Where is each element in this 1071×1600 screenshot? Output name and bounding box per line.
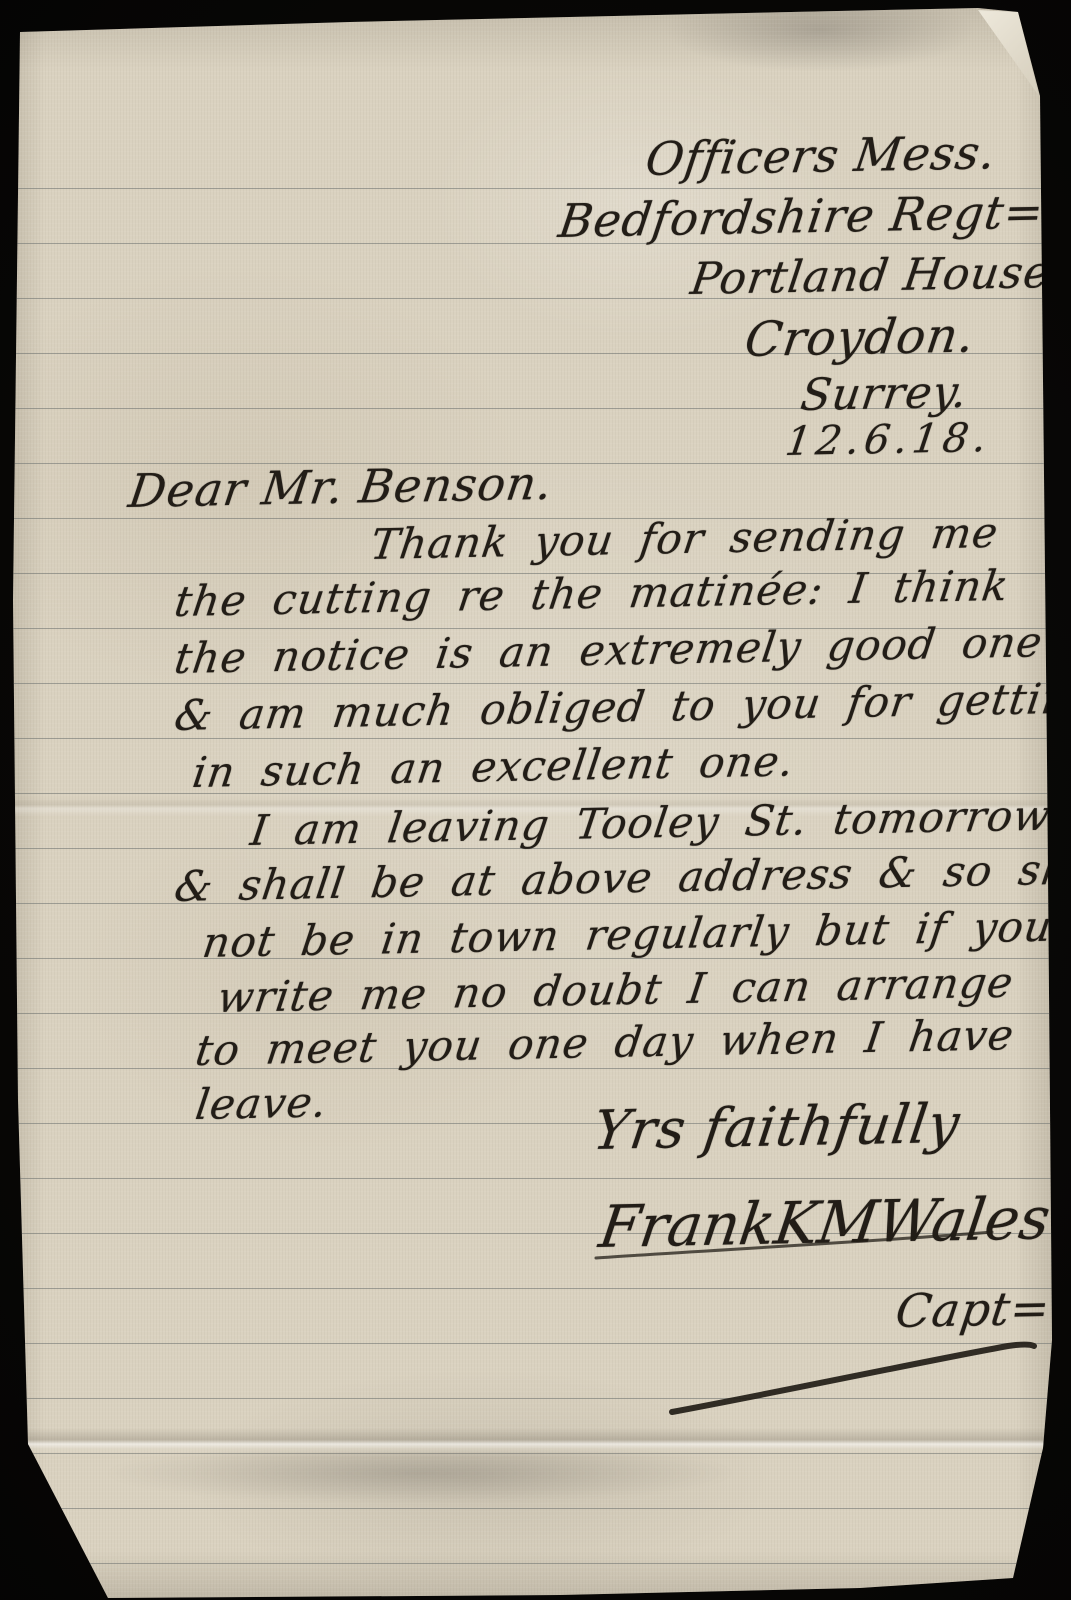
address-line: Croydon. xyxy=(742,311,978,364)
address-line: Officers Mess. xyxy=(643,129,999,182)
signature: FrankKMWales. xyxy=(596,1189,1071,1256)
body-line: in such an excellent one. xyxy=(190,740,797,794)
letter-photo: Officers Mess. Bedfordshire Regt= Portla… xyxy=(0,0,1071,1600)
closing-valediction: Yrs faithfully xyxy=(590,1097,964,1158)
address-line: Bedfordshire Regt= xyxy=(556,189,1047,244)
salutation: Dear Mr. Benson. xyxy=(126,460,556,514)
letter-date: 12.6.18. xyxy=(783,418,994,462)
signature-rank: Capt= xyxy=(893,1285,1053,1334)
body-line: Thank you for sending me xyxy=(368,512,1001,566)
fold-crease-bottom xyxy=(0,1428,1071,1454)
address-line: Portland House. xyxy=(688,251,1069,302)
letter-paper: Officers Mess. Bedfordshire Regt= Portla… xyxy=(0,0,1071,1600)
fold-shadow xyxy=(0,1452,1071,1522)
body-line: leave. xyxy=(193,1081,330,1126)
address-line: Surrey. xyxy=(798,371,971,418)
